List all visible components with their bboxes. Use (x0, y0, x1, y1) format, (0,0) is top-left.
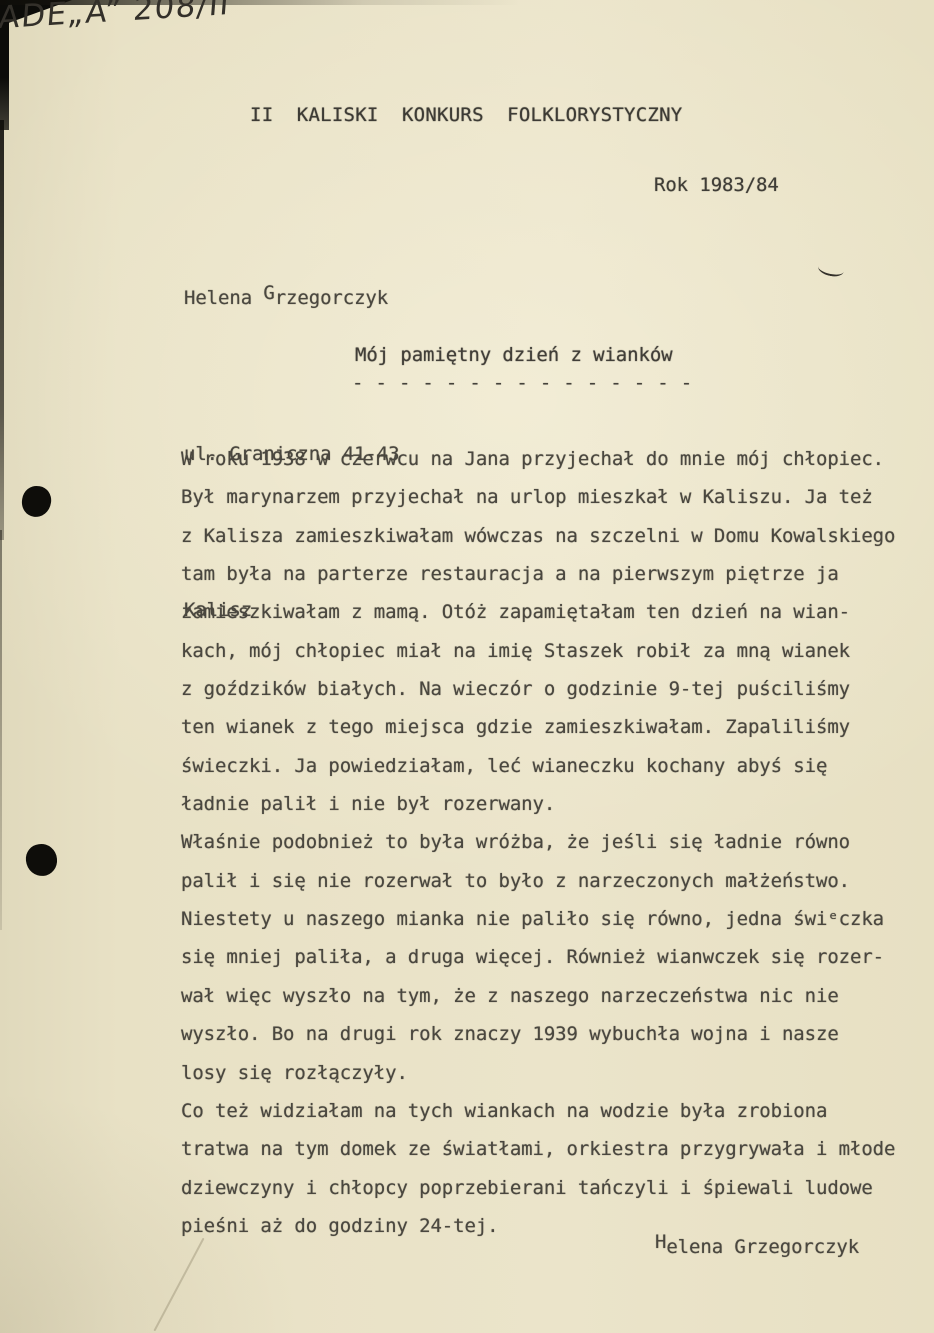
author-name-line: Helena Grzegorczyk (184, 272, 399, 324)
typewritten-line: ładnie palił i nie był rozerwany. (181, 785, 911, 823)
author-name-post: rzegorczyk (275, 287, 388, 309)
typewritten-line: losy się rozłączyły. (181, 1054, 911, 1092)
typewritten-line: W roku 1938 w czerwcu na Jana przyjechał… (181, 440, 911, 478)
typewritten-line: Był marynarzem przyjechał na urlop miesz… (181, 478, 911, 516)
typewritten-line: Niestety u naszego mianka nie paliło się… (181, 900, 911, 938)
typewritten-line: dziewczyny i chłopcy poprzebierani tańcz… (181, 1169, 911, 1207)
essay-body: W roku 1938 w czerwcu na Jana przyjechał… (181, 440, 911, 1245)
typewritten-line: tratwa na tym domek ze światłami, orkies… (181, 1130, 911, 1168)
handwritten-archive-note: ADE„A” 208/II (0, 0, 932, 36)
typewritten-line: ten wianek z tego miejsca gdzie zamieszk… (181, 708, 911, 746)
typewritten-line: z Kalisza zamieszkiwałam wówczas na szcz… (181, 517, 911, 555)
typewritten-line: Właśnie podobnież to była wróżba, że jeś… (181, 823, 911, 861)
typewritten-line: się mniej paliła, a druga więcej. Równie… (181, 938, 911, 976)
typewritten-line: z goździków białych. Na wieczór o godzin… (181, 670, 911, 708)
typewritten-line: wyszło. Bo na drugi rok znaczy 1939 wybu… (181, 1015, 911, 1053)
essay-title: Mój pamiętny dzień z wianków (355, 344, 673, 366)
paper-crease (153, 1238, 204, 1332)
typewritten-line: kach, mój chłopiec miał na imię Staszek … (181, 632, 911, 670)
title-underline: - - - - - - - - - - - - - - - (352, 372, 692, 394)
typewritten-line: tam była na parterze restauracja a na pi… (181, 555, 911, 593)
scanned-document-page: II KALISKI KONKURS FOLKLORYSTYCZNY Helen… (0, 0, 934, 1333)
competition-header: II KALISKI KONKURS FOLKLORYSTYCZNY (250, 104, 683, 126)
handwritten-underline-swash (817, 259, 845, 278)
signature-line: Helena Grzegorczyk (655, 1236, 859, 1258)
scan-left-edge-shadow (0, 120, 4, 540)
typewritten-line: Co też widziałam na tych wiankach na wod… (181, 1092, 911, 1130)
author-name-raised-letter: G (263, 282, 274, 304)
typewritten-line: wał więc wyszło na tym, że z naszego nar… (181, 977, 911, 1015)
typewritten-line: zamieszkiwałam z mamą. Otóż zapamiętałam… (181, 593, 911, 631)
typewritten-line: świeczki. Ja powiedziałam, leć wianeczku… (181, 747, 911, 785)
punch-hole (20, 484, 53, 519)
signature-raised-letter: H (655, 1231, 666, 1253)
author-name-pre: Helena (184, 287, 263, 309)
typewritten-line: palił i się nie rozerwał to było z narze… (181, 862, 911, 900)
signature-rest: elena Grzegorczyk (666, 1236, 859, 1258)
year-label: Rok 1983/84 (654, 174, 779, 196)
scan-left-edge-shadow (0, 530, 2, 930)
punch-hole (24, 842, 58, 877)
